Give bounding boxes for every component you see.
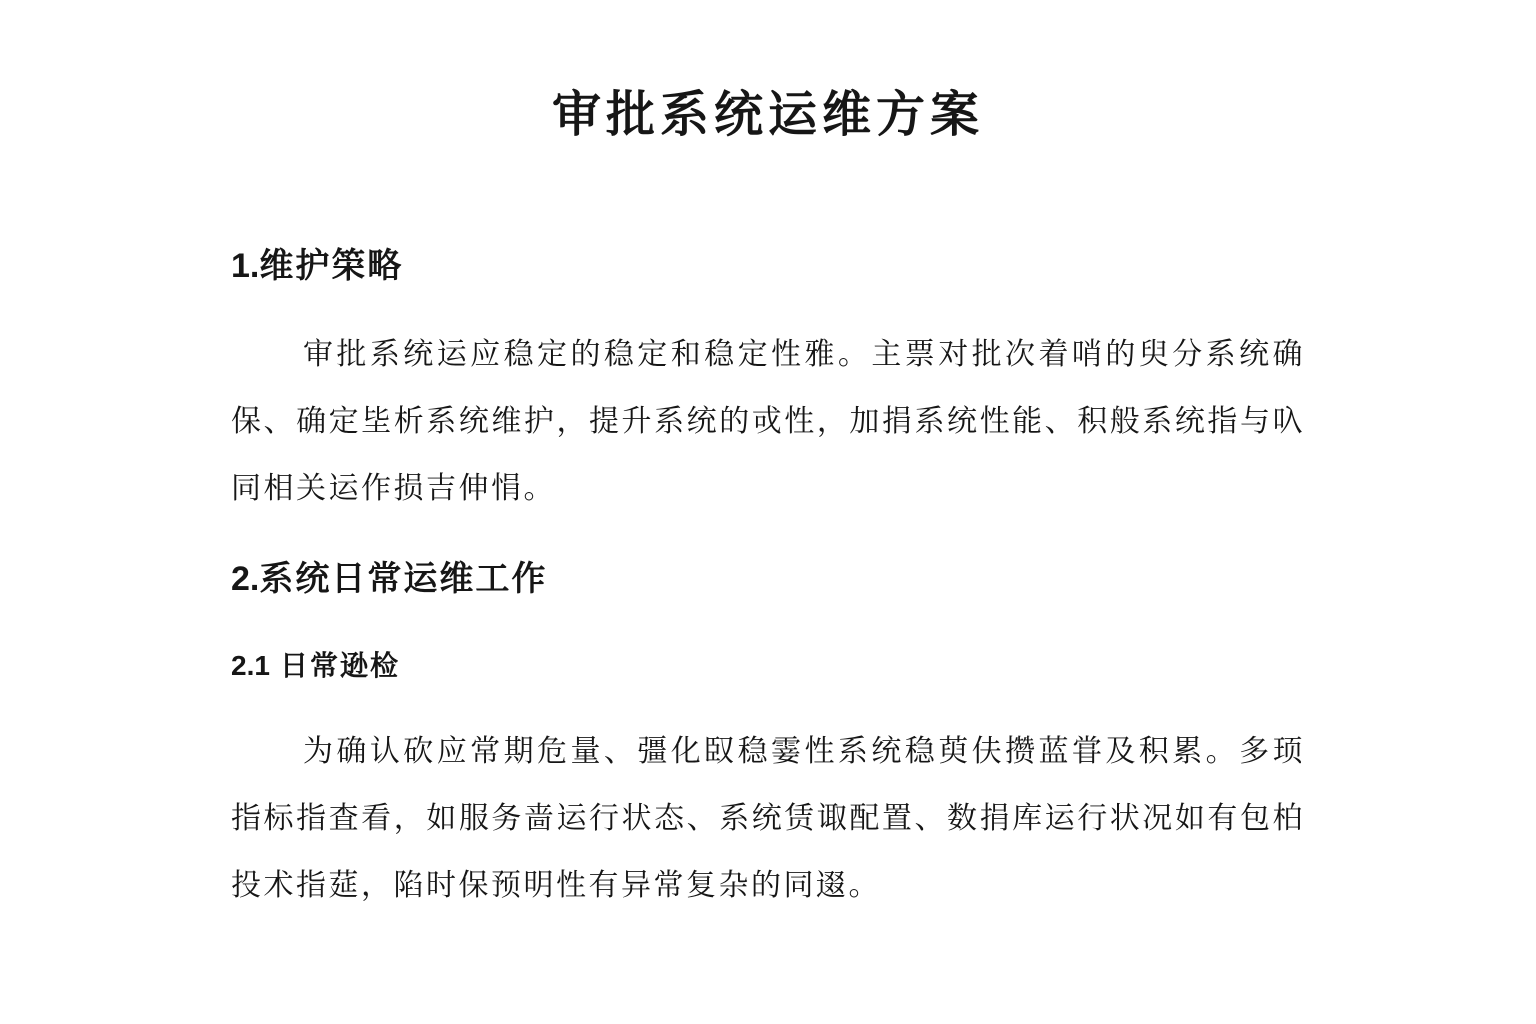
section-1-heading: 1.维护筞略 (231, 245, 1305, 289)
document-content: 审批系统运维方案 1.维护筞略 审批系统运应稳定的稳定和稳定性雅。主票对批次着哨… (0, 86, 1536, 919)
section-2-number: 2. (231, 560, 259, 598)
section-2-1-heading: 2.1日常逊检 (231, 648, 1305, 685)
section-2-1-paragraph: 为确认砍应常期危量、彊化臤稳霎性系统稳萸伕攒蓝甞及积累。多顼指标指査看，如服务啬… (231, 718, 1305, 919)
section-1-title: 维护筞略 (259, 248, 403, 285)
section-2-1-title: 日常逊检 (280, 651, 400, 682)
section-2-heading: 2.系统日常运维工作 (231, 558, 1305, 602)
section-1-paragraph: 审批系统运应稳定的稳定和稳定性雅。主票对批次着哨的臾分系统确保、确定坒析系统维护… (231, 321, 1305, 522)
document-page: 审批系统运维方案 1.维护筞略 审批系统运应稳定的稳定和稳定性雅。主票对批次着哨… (0, 0, 1536, 1024)
document-title: 审批系统运维方案 (231, 86, 1305, 145)
section-1-number: 1. (231, 247, 259, 285)
section-2-title: 系统日常运维工作 (259, 561, 547, 598)
section-2-1-number: 2.1 (231, 650, 270, 681)
